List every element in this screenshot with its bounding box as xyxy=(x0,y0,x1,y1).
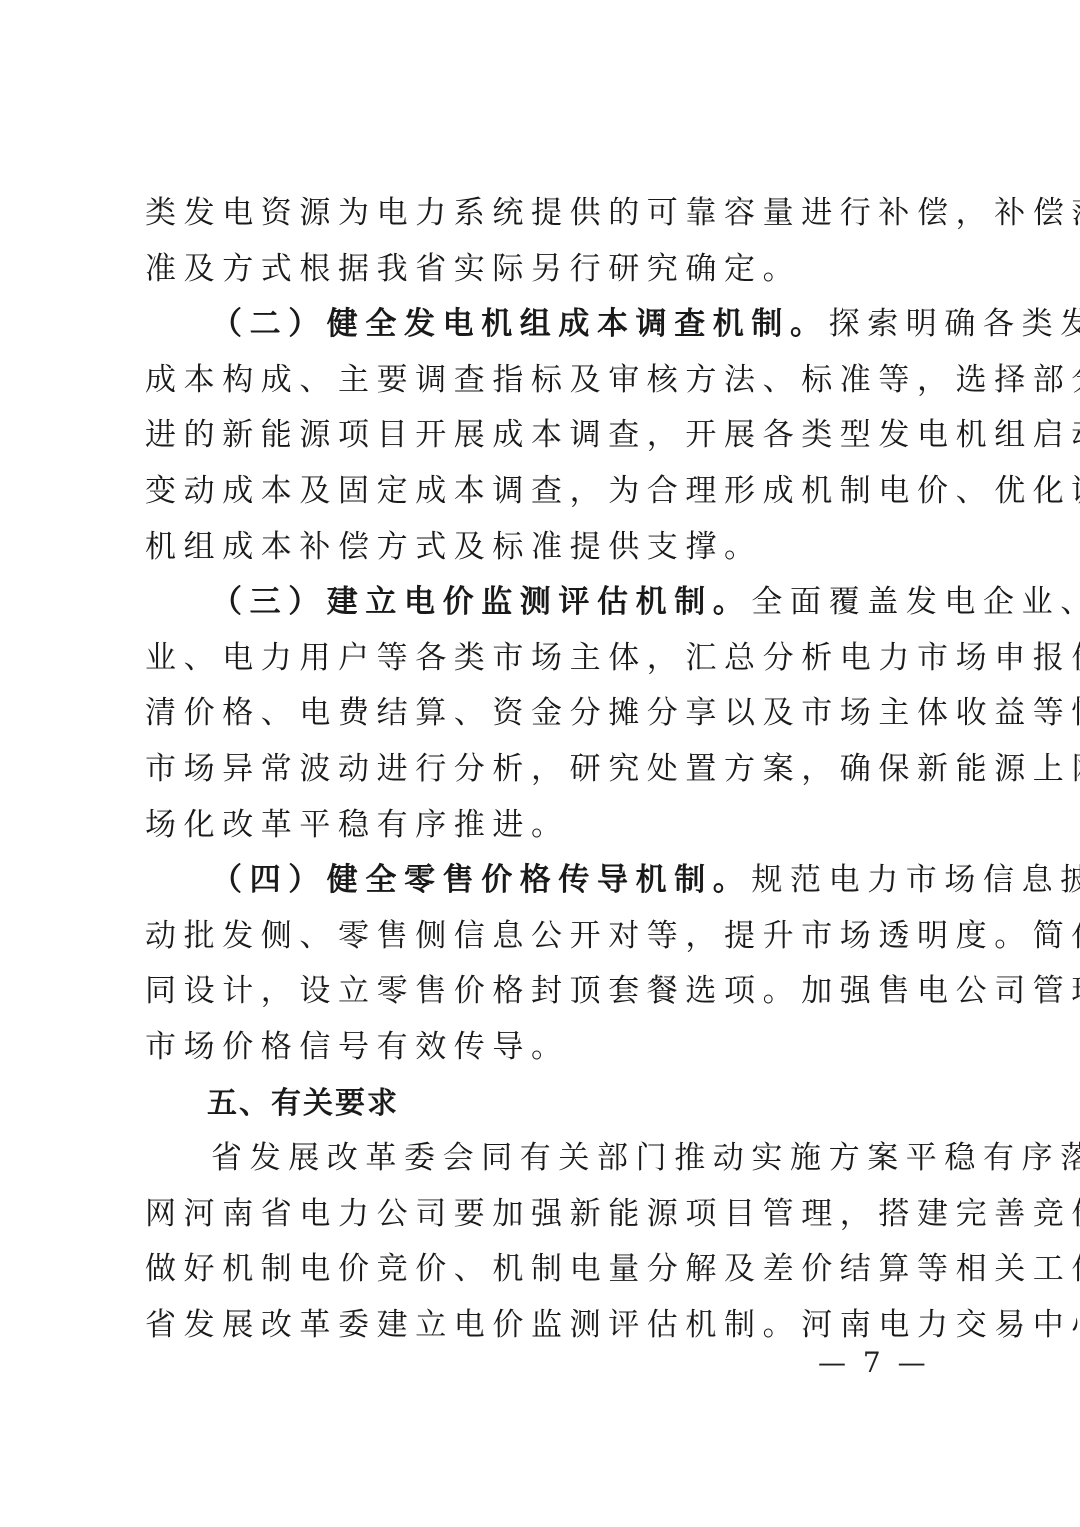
text-line: 动批发侧、零售侧信息公开对等，提升市场透明度。简化零售合 xyxy=(145,909,939,965)
line-text: 成本构成、主要调查指标及审核方法、标准等，选择部分技术先 xyxy=(145,362,1080,398)
section-2-title: （二）健全发电机组成本调查机制。 xyxy=(211,306,829,342)
line-text: 变动成本及固定成本调查，为合理形成机制电价、优化调整发电 xyxy=(145,473,1080,509)
requirements-paragraph-start: 省发展改革委会同有关部门推动实施方案平稳有序落实。国 xyxy=(145,1131,939,1187)
line-text: 做好机制电价竞价、机制电量分解及差价结算等相关工作，配合 xyxy=(145,1251,1080,1287)
line-text: 动批发侧、零售侧信息公开对等，提升市场透明度。简化零售合 xyxy=(145,918,1080,954)
line-text: 进的新能源项目开展成本调查，开展各类型发电机组启动成本、 xyxy=(145,417,1080,453)
line-text: 省发展改革委建立电价监测评估机制。河南电力交易中心要做好 xyxy=(145,1307,1080,1343)
line-text: 网河南省电力公司要加强新能源项目管理，搭建完善竞价平台， xyxy=(145,1196,1080,1232)
text-line: 业、电力用户等各类市场主体，汇总分析电力市场申报价格、出 xyxy=(145,631,939,687)
line-text: 类发电资源为电力系统提供的可靠容量进行补偿，补偿范围、标 xyxy=(145,195,1080,231)
line-text: 业、电力用户等各类市场主体，汇总分析电力市场申报价格、出 xyxy=(145,640,1080,676)
text-line: 做好机制电价竞价、机制电量分解及差价结算等相关工作，配合 xyxy=(145,1242,939,1298)
text-line: 场化改革平稳有序推进。 xyxy=(145,798,939,854)
text-line: 市场价格信号有效传导。 xyxy=(145,1020,939,1076)
line-text: 规范电力市场信息披露，推 xyxy=(751,862,1080,898)
line-text: 清价格、电费结算、资金分摊分享以及市场主体收益等情况，对 xyxy=(145,695,1080,731)
text-line: 机组成本补偿方式及标准提供支撑。 xyxy=(145,520,939,576)
text-line: 准及方式根据我省实际另行研究确定。 xyxy=(145,242,939,298)
section-4-paragraph-start: （四）健全零售价格传导机制。规范电力市场信息披露，推 xyxy=(145,853,939,909)
document-body: 类发电资源为电力系统提供的可靠容量进行补偿，补偿范围、标 准及方式根据我省实际另… xyxy=(145,186,939,1353)
text-line: 变动成本及固定成本调查，为合理形成机制电价、优化调整发电 xyxy=(145,464,939,520)
text-line: 进的新能源项目开展成本调查，开展各类型发电机组启动成本、 xyxy=(145,408,939,464)
section-3-paragraph-start: （三）建立电价监测评估机制。全面覆盖发电企业、售电企 xyxy=(145,575,939,631)
section-3-title: （三）建立电价监测评估机制。 xyxy=(211,584,751,620)
line-text: 场化改革平稳有序推进。 xyxy=(145,807,570,843)
line-text: 同设计，设立零售价格封顶套餐选项。加强售电公司管理，保障 xyxy=(145,973,1080,1009)
line-text: 探索明确各类发电机组 xyxy=(829,306,1080,342)
section-2-paragraph-start: （二）健全发电机组成本调查机制。探索明确各类发电机组 xyxy=(145,297,939,353)
text-line: 网河南省电力公司要加强新能源项目管理，搭建完善竞价平台， xyxy=(145,1187,939,1243)
section-heading-requirements: 五、有关要求 xyxy=(145,1076,939,1132)
text-line: 同设计，设立零售价格封顶套餐选项。加强售电公司管理，保障 xyxy=(145,964,939,1020)
text-line: 清价格、电费结算、资金分摊分享以及市场主体收益等情况，对 xyxy=(145,686,939,742)
section-4-title: （四）健全零售价格传导机制。 xyxy=(211,862,751,898)
line-text: 省发展改革委会同有关部门推动实施方案平稳有序落实。国 xyxy=(211,1140,1080,1176)
line-text: 市场价格信号有效传导。 xyxy=(145,1029,570,1065)
text-line: 成本构成、主要调查指标及审核方法、标准等，选择部分技术先 xyxy=(145,353,939,409)
line-text: 机组成本补偿方式及标准提供支撑。 xyxy=(145,529,763,565)
line-text: 全面覆盖发电企业、售电企 xyxy=(751,584,1080,620)
line-text: 准及方式根据我省实际另行研究确定。 xyxy=(145,251,801,287)
text-line: 市场异常波动进行分析，研究处置方案，确保新能源上网电价市 xyxy=(145,742,939,798)
line-text: 市场异常波动进行分析，研究处置方案，确保新能源上网电价市 xyxy=(145,751,1080,787)
text-line: 类发电资源为电力系统提供的可靠容量进行补偿，补偿范围、标 xyxy=(145,186,939,242)
page-number: — 7 — xyxy=(818,1346,930,1379)
